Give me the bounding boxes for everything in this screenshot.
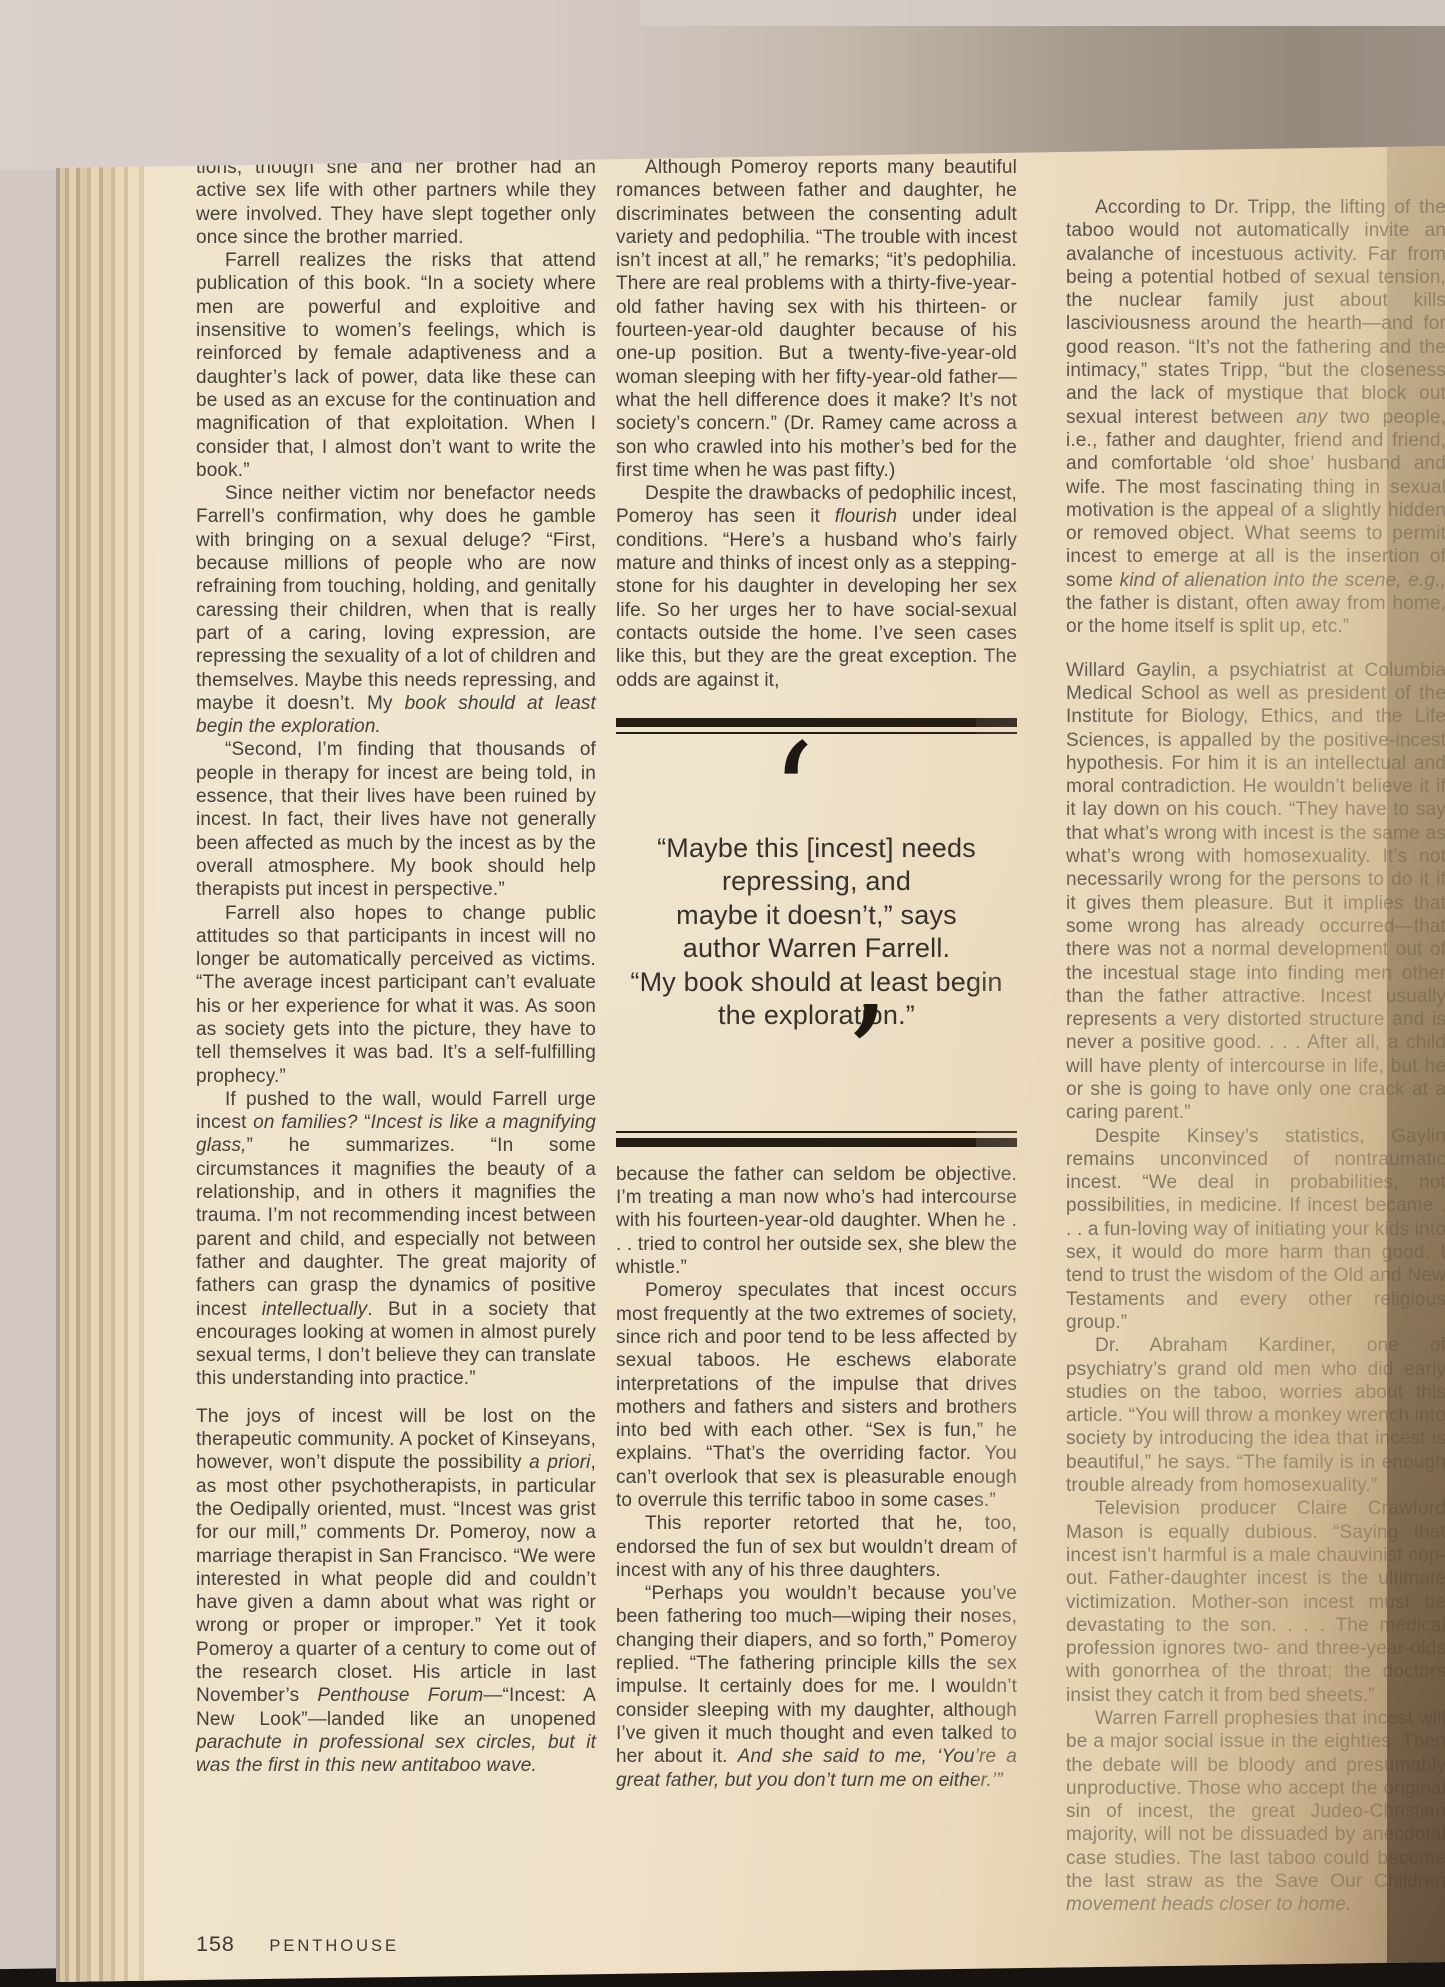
paragraph: This reporter retorted that he, too, end…	[616, 1512, 1017, 1582]
paragraph: Television producer Claire Crawford Maso…	[1066, 1497, 1445, 1707]
thin-rule	[616, 1131, 1017, 1133]
column-middle: Although Pomeroy reports many beautiful …	[616, 156, 1017, 1792]
page-footer: 158 PENTHOUSE	[196, 1932, 399, 1957]
column-right: According to Dr. Tripp, the lifting of t…	[1066, 196, 1445, 1917]
text-run: “	[358, 1112, 371, 1133]
pull-quote-line: “My book should at least begin	[616, 966, 1017, 1000]
text-run: ” he summarizes. “In some circumstances …	[196, 1135, 596, 1319]
paragraph: Warren Farrell prophesies that incest wi…	[1066, 1707, 1445, 1917]
magazine-name: PENTHOUSE	[269, 1937, 399, 1955]
magazine-page: tions, though she and her brother had an…	[56, 146, 1445, 1982]
paragraph: Pomeroy speculates that incest occurs mo…	[616, 1279, 1017, 1512]
paragraph: According to Dr. Tripp, the lifting of t…	[1066, 196, 1445, 639]
text-run: Dr. Abraham Kardiner, one of psychiatry’…	[1066, 1335, 1445, 1496]
italic-text: intellectually	[262, 1299, 368, 1320]
text-run: This reporter retorted that he, too, end…	[616, 1513, 1017, 1581]
italic-text: movement heads closer to home.	[1066, 1894, 1351, 1915]
pull-quote-line: “Maybe this [incest] needs	[616, 832, 1017, 866]
paragraph: If pushed to the wall, would Farrell urg…	[196, 1088, 596, 1391]
text-run: tions, though she and her brother had an…	[196, 157, 596, 248]
paragraph: Willard Gaylin, a psychiatrist at Columb…	[1066, 659, 1445, 1125]
text-run: Since neither victim nor benefactor need…	[196, 483, 596, 714]
text-run: under ideal conditions. “Here’s a husban…	[616, 506, 1017, 690]
italic-text: on families?	[253, 1112, 357, 1133]
stacked-page-edges	[56, 146, 158, 1982]
text-run: Television producer Claire Crawford Maso…	[1066, 1498, 1445, 1705]
text-run: Pomeroy speculates that incest occurs mo…	[616, 1280, 1017, 1511]
paragraph: “Second, I’m finding that thousands of p…	[196, 738, 596, 901]
paragraph: Farrell also hopes to change public atti…	[196, 902, 596, 1088]
text-run: Despite Kinsey’s statistics, Gaylin rema…	[1066, 1126, 1445, 1333]
paragraph: tions, though she and her brother had an…	[196, 156, 596, 249]
text-run: “Second, I’m finding that thousands of p…	[196, 739, 596, 900]
pull-quote-bottom-rule	[616, 1131, 1017, 1147]
pull-quote-line: author Warren Farrell.	[616, 932, 1017, 966]
pull-quote-top-rule	[616, 718, 1017, 734]
italic-text: parachute in professional sex circles, b…	[196, 1732, 596, 1776]
column-middle-bottom-text: because the father can seldom be objecti…	[616, 1163, 1017, 1792]
pull-quote-line: maybe it doesn’t,” says	[616, 899, 1017, 933]
text-run: two people, i.e., father and daughter, f…	[1066, 407, 1445, 591]
paragraph: Despite the drawbacks of pedophilic ince…	[616, 482, 1017, 692]
text-run: the father is distant, often away from h…	[1066, 593, 1445, 637]
text-run: Willard Gaylin, a psychiatrist at Columb…	[1066, 660, 1445, 1124]
paragraph: Dr. Abraham Kardiner, one of psychiatry’…	[1066, 1334, 1445, 1497]
paragraph: Farrell realizes the risks that attend p…	[196, 249, 596, 482]
paragraph: The joys of incest will be lost on the t…	[196, 1405, 596, 1778]
close-quote-mark-icon: ’	[616, 1047, 1017, 1131]
text-run: Farrell realizes the risks that attend p…	[196, 250, 596, 481]
thick-rule	[616, 1138, 1017, 1147]
open-quote-mark-icon: ‘	[616, 734, 1017, 830]
italic-text: a priori	[529, 1452, 590, 1473]
thick-rule	[616, 718, 1017, 727]
pull-quote-line: the exploration.”	[616, 999, 1017, 1033]
page-number: 158	[196, 1932, 235, 1956]
text-run: Warren Farrell prophesies that incest wi…	[1066, 1708, 1445, 1892]
pull-quote-text: “Maybe this [incest] needsrepressing, an…	[616, 832, 1017, 1033]
italic-text: flourish	[835, 506, 897, 527]
text-run: Farrell also hopes to change public atti…	[196, 903, 596, 1087]
italic-text: Penthouse Forum	[317, 1685, 483, 1706]
paragraph: Although Pomeroy reports many beautiful …	[616, 156, 1017, 482]
italic-text: any	[1296, 407, 1327, 428]
column-left: tions, though she and her brother had an…	[196, 156, 596, 1777]
paragraph: “Perhaps you wouldn’t because you’ve bee…	[616, 1582, 1017, 1792]
paragraph: Since neither victim nor benefactor need…	[196, 482, 596, 738]
scanner-backdrop-highlight	[640, 0, 1445, 26]
paragraph: Despite Kinsey’s statistics, Gaylin rema…	[1066, 1125, 1445, 1335]
text-run: “Perhaps you wouldn’t because you’ve bee…	[616, 1583, 1017, 1767]
text-run: According to Dr. Tripp, the lifting of t…	[1066, 197, 1445, 428]
column-middle-top-text: Although Pomeroy reports many beautiful …	[616, 156, 1017, 692]
text-run: Although Pomeroy reports many beautiful …	[616, 157, 1017, 481]
pull-quote-line: repressing, and	[616, 865, 1017, 899]
text-run: , as most other psychotherapists, in par…	[196, 1452, 596, 1706]
italic-text: kind of alienation into the scene, e.g.,	[1120, 570, 1445, 591]
paragraph: because the father can seldom be objecti…	[616, 1163, 1017, 1279]
pull-quote-block: ‘ “Maybe this [incest] needsrepressing, …	[616, 718, 1017, 1147]
text-run: because the father can seldom be objecti…	[616, 1164, 1017, 1278]
